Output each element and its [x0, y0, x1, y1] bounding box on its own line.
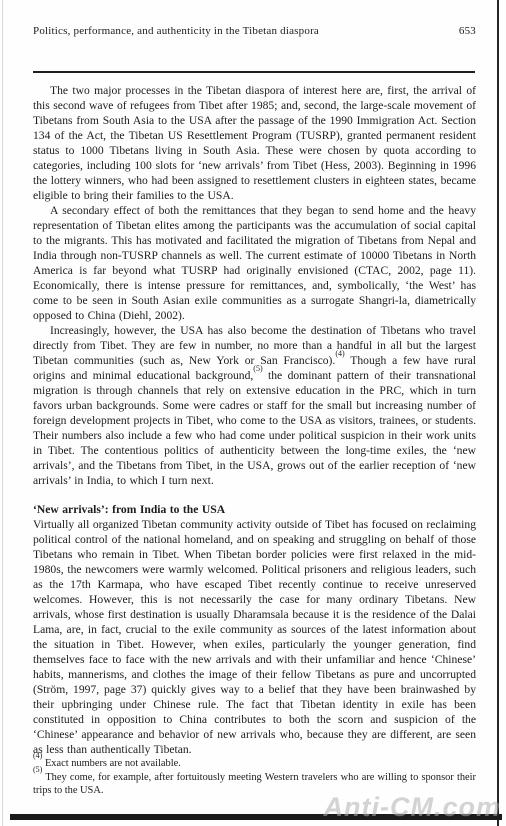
footnote-ref-4: (4)	[335, 349, 344, 358]
paragraph-3: Increasingly, however, the USA has also …	[33, 323, 476, 488]
page-right-edge-line	[497, 0, 499, 826]
paragraph-3-text-c: the dominant pattern of their transnatio…	[33, 369, 476, 487]
page-number: 653	[459, 25, 476, 37]
page-left-edge-line	[2, 0, 3, 826]
footnote-ref-5: (5)	[253, 364, 262, 373]
footnote-4-marker: (4)	[33, 751, 42, 760]
footnote-4-text: Exact numbers are not available.	[45, 758, 181, 769]
header-rule	[33, 71, 475, 73]
paragraph-1: The two major processes in the Tibetan d…	[33, 83, 476, 203]
running-title: Politics, performance, and authenticity …	[33, 25, 319, 37]
footnote-4: (4) Exact numbers are not available.	[33, 757, 476, 771]
footnote-5-marker: (5)	[33, 765, 42, 774]
article-body: The two major processes in the Tibetan d…	[33, 83, 476, 757]
section-heading: ‘New arrivals’: from India to the USA	[33, 502, 476, 517]
paragraph-4: Virtually all organized Tibetan communit…	[33, 517, 476, 757]
watermark-text: Anti-CM.com	[324, 792, 501, 823]
paragraph-2: A secondary effect of both the remittanc…	[33, 203, 476, 323]
running-header: Politics, performance, and authenticity …	[33, 25, 476, 37]
scanned-paper-page: Politics, performance, and authenticity …	[0, 0, 506, 826]
